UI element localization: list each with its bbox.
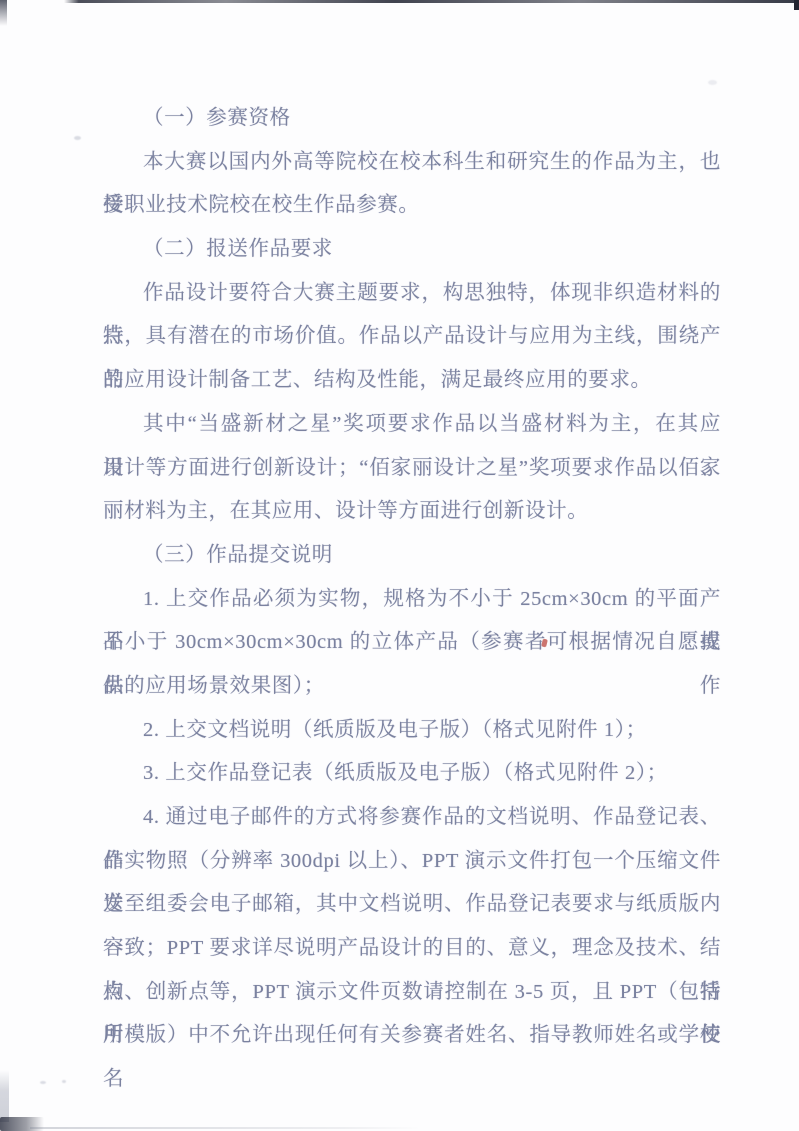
text-line: 作品设计要符合大赛主题要求，构思独特，体现非织造材料的特 bbox=[103, 272, 721, 316]
text-line: 品实物照（分辨率 300dpi 以上）、PPT 演示文件打包一个压缩文件发 bbox=[103, 840, 721, 884]
scanned-document-page: （一）参赛资格 本大赛以国内外高等院校在校本科生和研究生的作品为主，也接 受职业… bbox=[0, 0, 799, 1131]
noise-speck bbox=[62, 1080, 66, 1083]
text-block: （一）参赛资格 本大赛以国内外高等院校在校本科生和研究生的作品为主，也接 受职业… bbox=[103, 97, 721, 1058]
list-item-3: 3. 上交作品登记表（纸质版及电子版）（格式见附件 2）； bbox=[103, 752, 721, 796]
text-line: 用模版）中不允许出现任何有关参赛者姓名、指导教师姓名或学校名 bbox=[103, 1014, 721, 1058]
scan-corner-top-left bbox=[0, 0, 7, 26]
text-line: 点、创新点等，PPT 演示文件页数请控制在 3-5 页，且 PPT（包括所使 bbox=[103, 971, 721, 1015]
noise-speck bbox=[74, 136, 81, 140]
text-line: 设计等方面进行创新设计；“佰家丽设计之星”奖项要求作品以佰家 bbox=[103, 447, 721, 491]
text-line: 其中“当盛新材之星”奖项要求作品以当盛材料为主，在其应用、 bbox=[103, 403, 721, 447]
list-item-1: 1. 上交作品必须为实物，规格为不小于 25cm×30cm 的平面产品或 bbox=[103, 578, 721, 622]
text-line: 不小于 30cm×30cm×30cm 的立体产品（参赛者可根据情况自愿提供作 bbox=[103, 621, 721, 665]
section-heading-3: （三）作品提交说明 bbox=[103, 534, 721, 578]
text-line: 的应用设计制备工艺、结构及性能，满足最终应用的要求。 bbox=[103, 359, 721, 403]
text-line: 受职业技术院校在校生作品参赛。 bbox=[103, 184, 721, 228]
section-heading-1: （一）参赛资格 bbox=[103, 97, 721, 141]
noise-speck bbox=[708, 80, 717, 85]
text-line: 一致；PPT 要求详尽说明产品设计的目的、意义，理念及技术、结构特 bbox=[103, 927, 721, 971]
scan-smudge-left-bottom bbox=[0, 1070, 9, 1122]
scan-line-bottom bbox=[30, 1127, 420, 1129]
list-item-4: 4. 通过电子邮件的方式将参赛作品的文档说明、作品登记表、作 bbox=[103, 796, 721, 840]
scan-blob-bottom-left bbox=[0, 1117, 44, 1131]
text-line: 本大赛以国内外高等院校在校本科生和研究生的作品为主，也接 bbox=[103, 141, 721, 185]
section-heading-2: （二）报送作品要求 bbox=[103, 228, 721, 272]
scan-corner-top-right bbox=[794, 0, 799, 10]
list-item-2: 2. 上交文档说明（纸质版及电子版）（格式见附件 1）； bbox=[103, 709, 721, 753]
text-line: 丽材料为主，在其应用、设计等方面进行创新设计。 bbox=[103, 490, 721, 534]
noise-speck bbox=[40, 1081, 46, 1084]
scan-edge-top bbox=[64, 0, 799, 3]
text-line: 点，具有潜在的市场价值。作品以产品设计与应用为主线，围绕产品 bbox=[103, 315, 721, 359]
text-line: 送至组委会电子邮箱，其中文档说明、作品登记表要求与纸质版内容 bbox=[103, 883, 721, 927]
